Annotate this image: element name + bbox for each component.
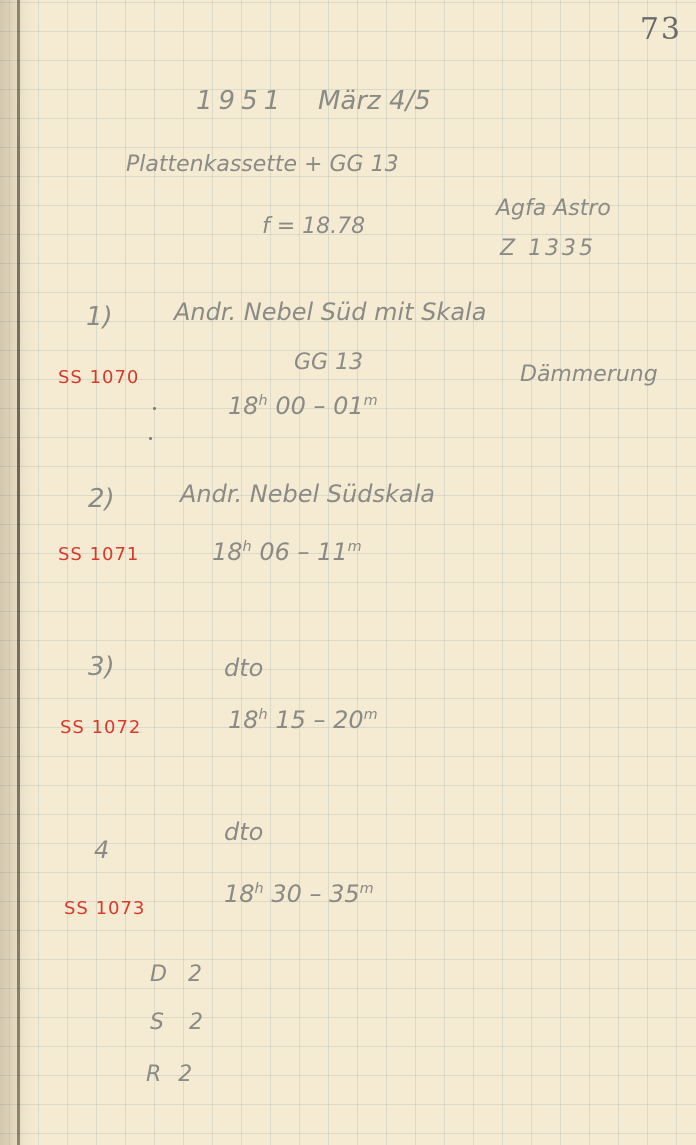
binding-line <box>17 0 20 1145</box>
rating-value: 2 <box>189 1010 203 1035</box>
page-number: 73 <box>640 12 682 47</box>
time-hours: 18 <box>228 392 259 420</box>
entry-time: 18h 00 – 01m <box>228 392 378 420</box>
header-plate-number: Z 1335 <box>500 236 596 261</box>
header-focal-length: f = 18.78 <box>262 214 365 239</box>
entry-number: 3) <box>88 652 115 682</box>
rating-key: D <box>150 962 167 987</box>
entry-description: dto <box>224 818 263 846</box>
time-minutes: 06 – 11 <box>259 538 347 566</box>
rating-value: 2 <box>188 962 202 987</box>
plate-label: SS 1073 <box>64 898 145 919</box>
header-year: 1951 <box>196 86 286 116</box>
entry-filter: GG 13 <box>294 350 363 375</box>
entry-time: 18h 15 – 20m <box>228 706 378 734</box>
time-minutes: 30 – 35 <box>271 880 359 908</box>
entry-description: dto <box>224 654 263 682</box>
entry-number: 4 <box>94 836 109 864</box>
entry-time: 18h 06 – 11m <box>212 538 362 566</box>
time-hours: 18 <box>228 706 259 734</box>
header-date: März 4/5 <box>318 86 431 116</box>
plate-label: SS 1070 <box>58 367 139 388</box>
pencil-dot <box>153 407 156 410</box>
header-plate-type: Agfa Astro <box>496 196 611 221</box>
entry-number: 1) <box>86 302 113 332</box>
notebook-page: 73 1951 März 4/5 Plattenkassette + GG 13… <box>0 0 696 1145</box>
rating-key: R <box>146 1062 161 1087</box>
entry-description: Andr. Nebel Süd mit Skala <box>174 298 486 326</box>
rating-row: S 2 <box>150 1010 203 1035</box>
rating-key: S <box>150 1010 164 1035</box>
time-minutes: 15 – 20 <box>275 706 363 734</box>
entry-description: Andr. Nebel Südskala <box>180 480 435 508</box>
rating-row: D 2 <box>150 962 202 987</box>
entry-number: 2) <box>88 484 115 514</box>
rating-value: 2 <box>178 1062 192 1087</box>
plate-label: SS 1071 <box>58 544 139 565</box>
plate-label: SS 1072 <box>60 717 141 738</box>
rating-row: R 2 <box>146 1062 192 1087</box>
time-minutes: 00 – 01 <box>275 392 363 420</box>
time-hours: 18 <box>212 538 243 566</box>
pencil-dot <box>149 437 152 440</box>
time-hours: 18 <box>224 880 255 908</box>
entry-note: Dämmerung <box>520 362 658 387</box>
entry-time: 18h 30 – 35m <box>224 880 374 908</box>
header-equipment: Plattenkassette + GG 13 <box>126 152 399 177</box>
